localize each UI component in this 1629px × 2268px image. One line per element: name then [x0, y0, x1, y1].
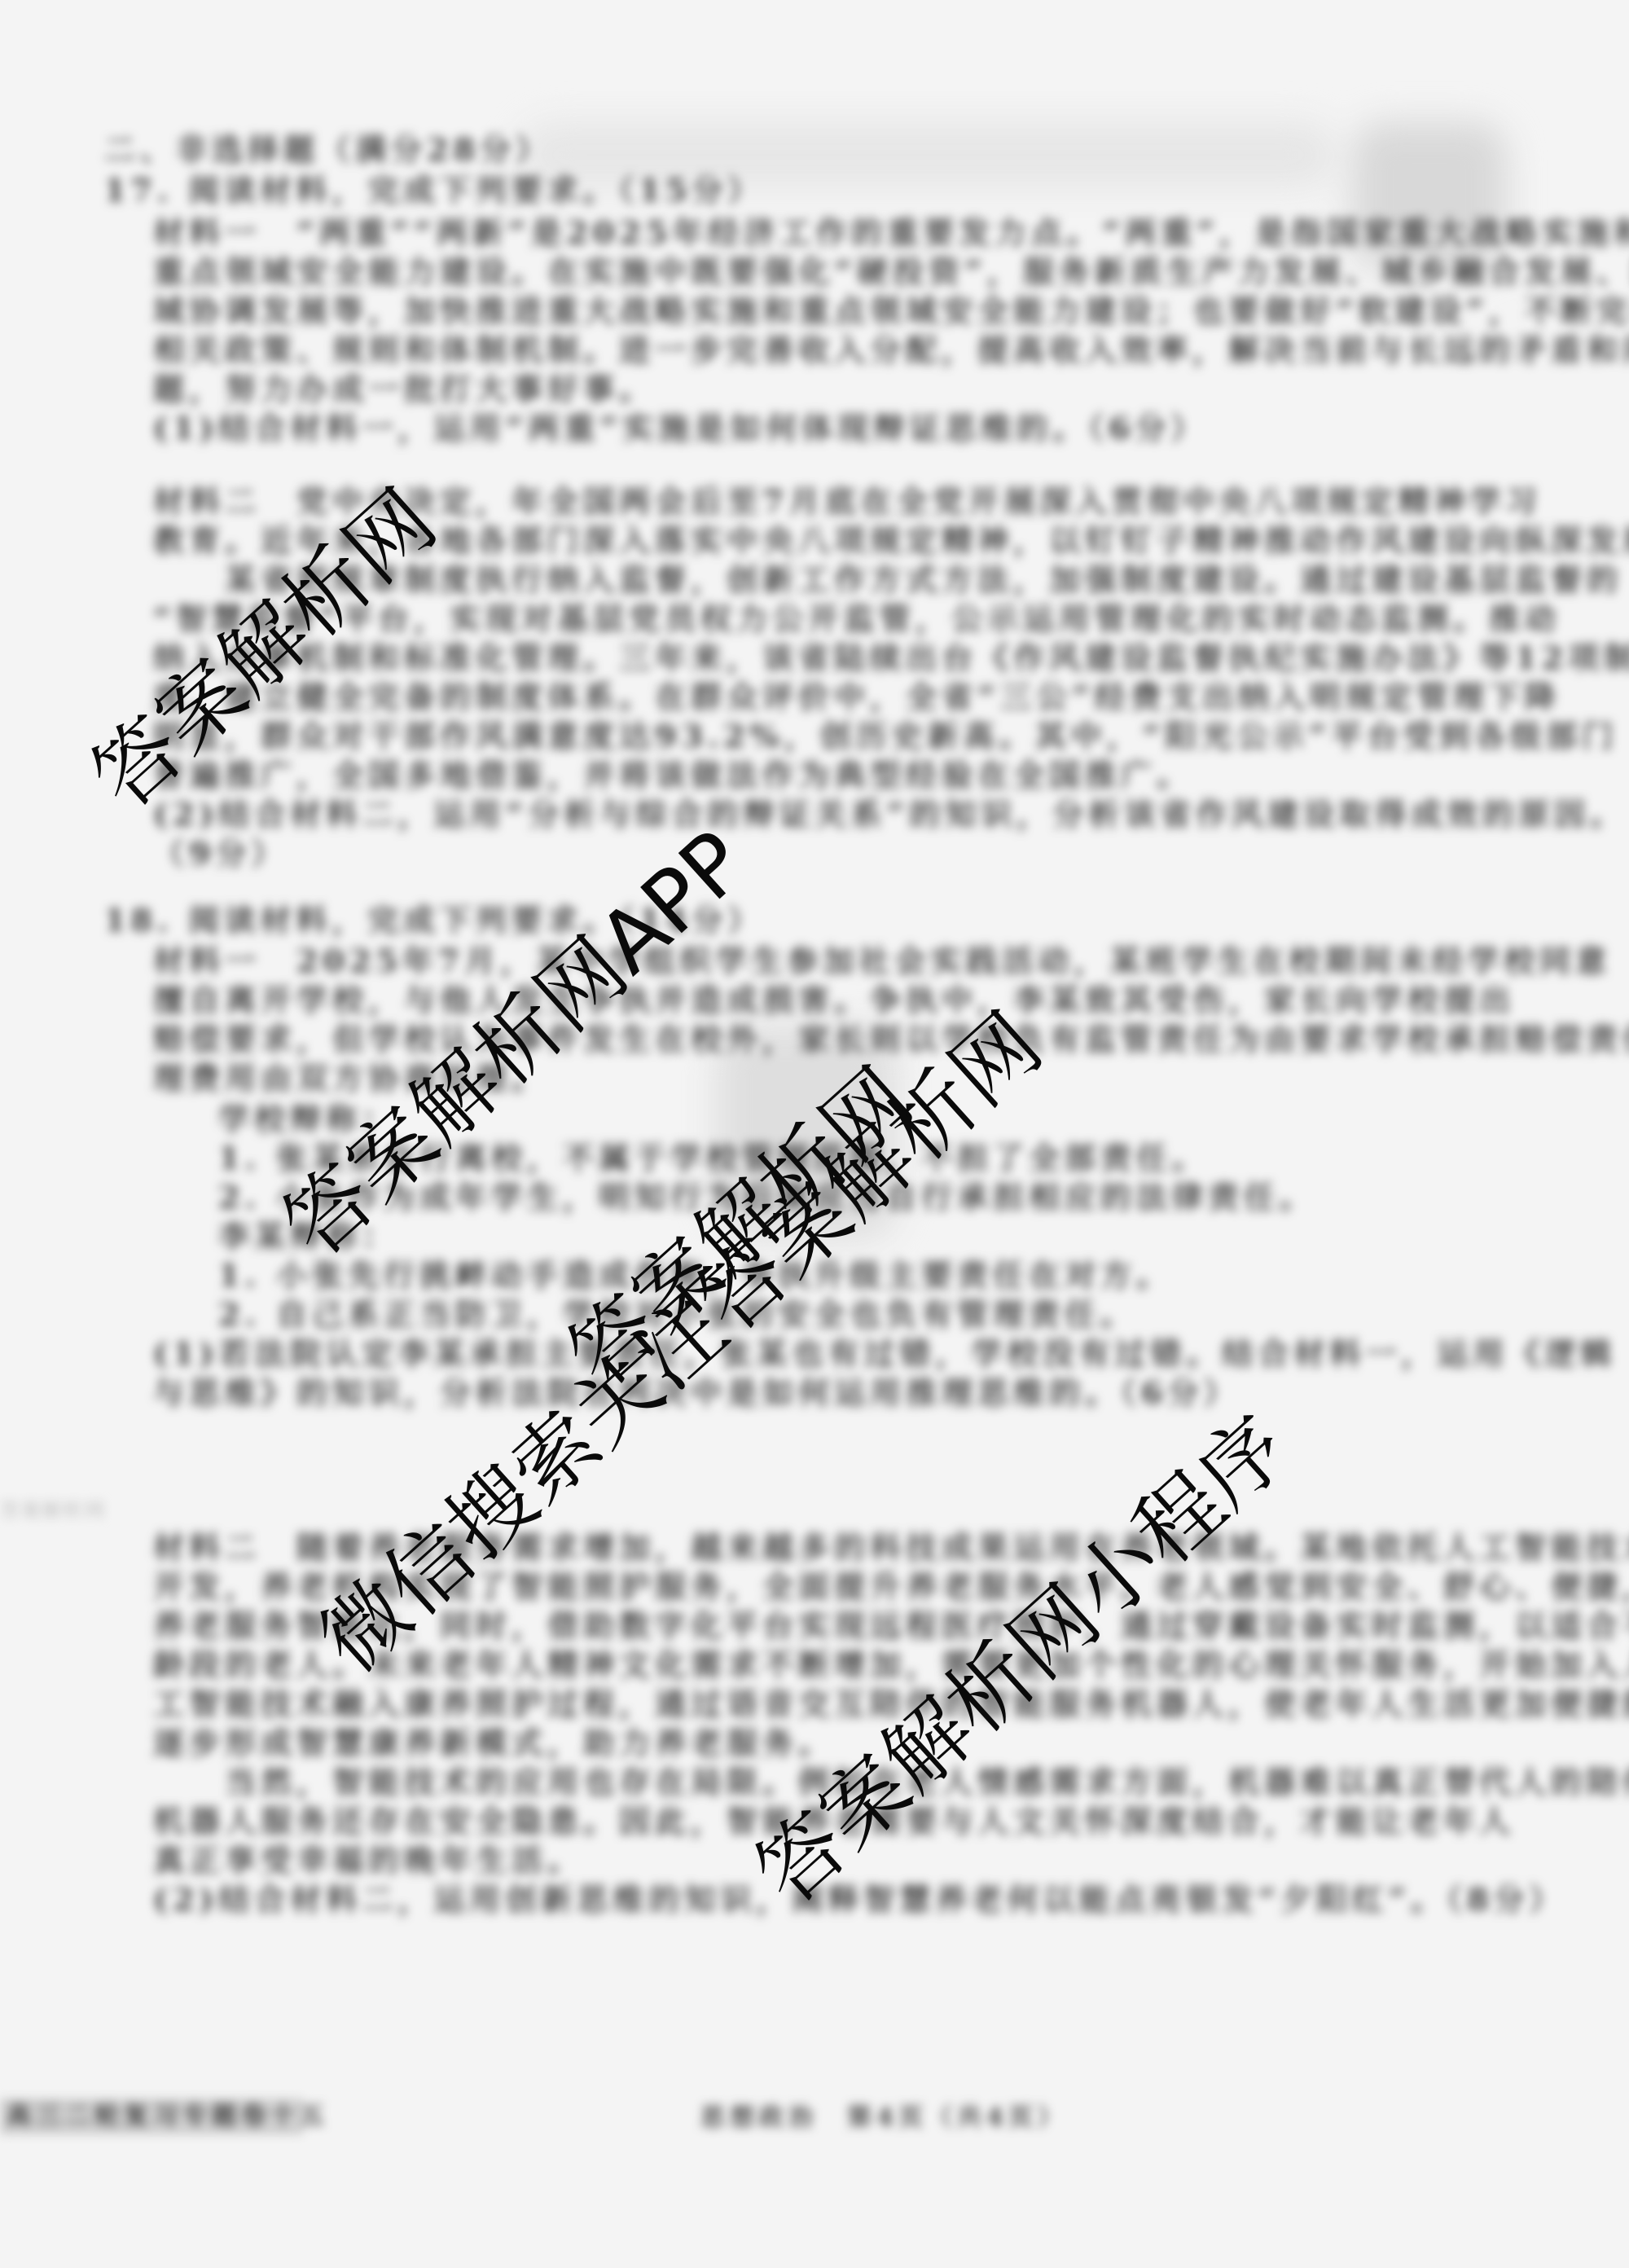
side-label: 答案解析网: [0, 1491, 106, 1530]
exam-page: 二、非选择题（满分28分） 17. 阅读材料，完成下列要求。（15分） 材料一 …: [0, 0, 1629, 2268]
q17-material1-line: 相关政策、规则和体制机制。进一步完善收入分配，提高收入效率，解决当前与长远的矛盾…: [153, 331, 1629, 370]
q17-question2-points: （9分）: [153, 834, 287, 873]
footer-left-label: 高三二轮复习专题卷十五: [7, 2097, 329, 2136]
q18-question2: (2)结合材料二，运用创新思维的知识，阐释智慧养老何以能点亮银发“夕阳红”。（8…: [153, 1880, 1565, 1919]
q17-question1: (1)结合材料一，运用“两重”实施是如何体现辩证思维的。（6分）: [153, 409, 1207, 448]
q17-material1-line: 域协调发展等，加快推进重大战略实施和重点领域安全能力建设；也要做好“软建设”，不…: [153, 292, 1629, 331]
q17-material1-line: 题，努力办成一批打大事好事。: [153, 370, 655, 409]
q17-material1-line: 重点领域安全能力建设。在实施中既要强化“硬投资”，服务新质生产力发展、城乡融合发…: [153, 253, 1629, 292]
q18-material1-line: 擅自离开学校，与他人发生争执并造成损害。争执中，李某致其受伤，家长向学校提出: [153, 981, 1515, 1020]
q18-material2-line: 逐步形成智慧康养新模式，助力养老服务。: [153, 1724, 834, 1763]
q17-material2-line: 普遍推广，全国多地借鉴，并将该做法作为典型经验在全国推广。: [153, 756, 1192, 795]
q18-question1: (1)若法院认定李某承担主要责任，张某也有过错，学校没有过错。结合材料一，运用《…: [153, 1334, 1616, 1374]
q17-material2-line: 纳入办事机制和标准化管理。三年来，该省陆续出台《作风建设监督执纪实施办法》等12…: [153, 639, 1629, 678]
q17-material2-line: 度，建立健全完备的制度体系。在群众评价中，全省“三公”经费支出纳入明规定管理下降: [153, 678, 1561, 717]
q17-question2: (2)结合材料二，运用“分析与综合的辩证关系”的知识，分析该省作风建设取得成效的…: [153, 795, 1626, 834]
q17-title: 17. 阅读材料，完成下列要求。（15分）: [104, 171, 763, 210]
q17-material1-line: 材料一 “两重”“两新”是2025年经济工作的重要发力点。“两重”，是指国家重大…: [153, 213, 1629, 253]
q18-material1-line: 赔偿要求，但学校认为事件发生在校外，家长则以学校负有监管责任为由要求学校承担赔偿…: [153, 1020, 1629, 1059]
footer-page-label: 思想政治 第4页（共4页）: [700, 2099, 1067, 2138]
q18-material1-line: 材料一 2025年7月，某中学组织学生参加社会实践活动，某班学生在校期间未经学校…: [153, 942, 1611, 981]
q18-material2-line: 真正享受幸福的晚年生活。: [153, 1841, 583, 1880]
section-heading: 二、非选择题（满分28分）: [104, 130, 551, 169]
q17-material2-line: 明显，群众对干部作风满意度达93.2%，创历史新高。其中，“阳光公示”平台受到各…: [153, 717, 1618, 756]
